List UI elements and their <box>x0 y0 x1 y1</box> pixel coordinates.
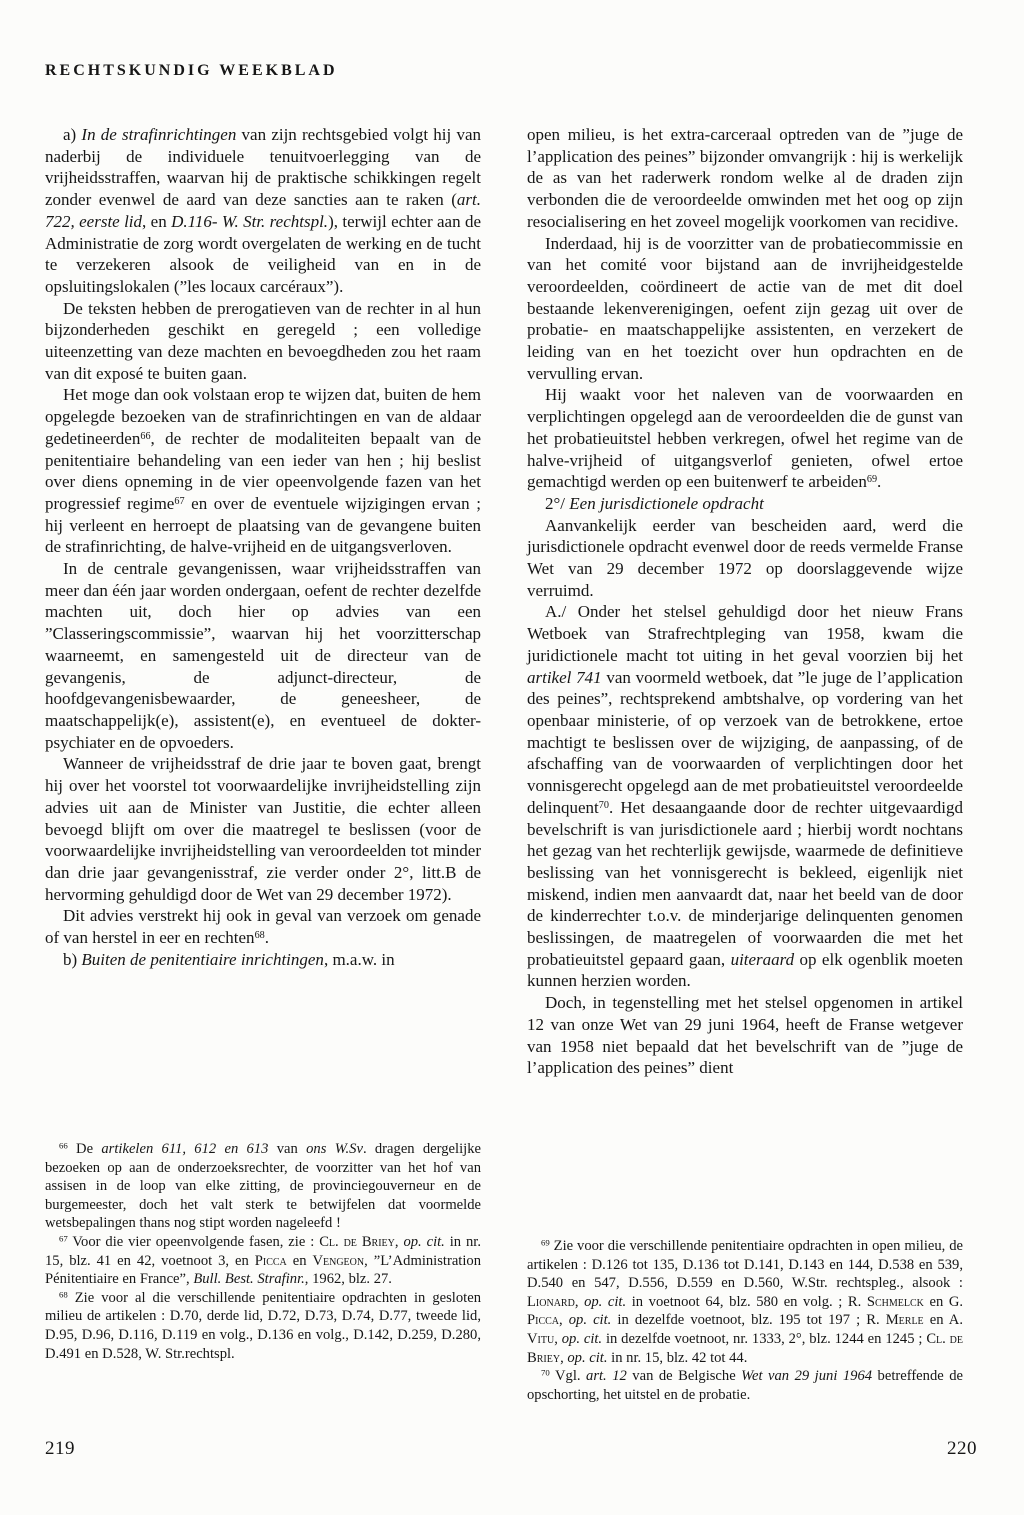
paragraph: Hij waakt voor het naleven van de voorwa… <box>527 384 963 493</box>
footnote: 70 Vgl. art. 12 van de Belgische Wet van… <box>527 1367 963 1404</box>
right-column: open milieu, is het extra-carceraal optr… <box>527 124 963 1079</box>
right-footnotes: 69 Zie voor die verschillende penitentia… <box>527 1237 963 1404</box>
paragraph: 2°/ Een jurisdictionele opdracht <box>527 493 963 515</box>
paragraph: Inderdaad, hij is de voorzitter van de p… <box>527 233 963 385</box>
paragraph: Wanneer de vrijheidsstraf de drie jaar t… <box>45 753 481 905</box>
paragraph: Doch, in tegenstelling met het stelsel o… <box>527 992 963 1079</box>
paragraph: a) In de strafinrichtingen van zijn rech… <box>45 124 481 298</box>
paragraph: In de centrale gevangenissen, waar vrijh… <box>45 558 481 753</box>
footnote: 69 Zie voor die verschillende penitentia… <box>527 1237 963 1367</box>
paragraph: Dit advies verstrekt hij ook in geval va… <box>45 905 481 948</box>
left-column: a) In de strafinrichtingen van zijn rech… <box>45 124 481 970</box>
left-footnotes: 66 De artikelen 611, 612 en 613 van ons … <box>45 1140 481 1363</box>
document-page: RECHTSKUNDIG WEEKBLAD a) In de strafinri… <box>0 0 1024 1515</box>
journal-title: RECHTSKUNDIG WEEKBLAD <box>45 62 338 80</box>
paragraph: open milieu, is het extra-carceraal optr… <box>527 124 963 233</box>
paragraph: b) Buiten de penitentiaire inrichtingen,… <box>45 949 481 971</box>
footnote: 66 De artikelen 611, 612 en 613 van ons … <box>45 1140 481 1233</box>
page-number-left: 219 <box>45 1438 75 1460</box>
footnote: 68 Zie voor al die verschillende peniten… <box>45 1289 481 1363</box>
footnote: 67 Voor die vier opeenvolgende fasen, zi… <box>45 1233 481 1289</box>
paragraph: Het moge dan ook volstaan erop te wijzen… <box>45 384 481 558</box>
paragraph: Aanvankelijk eerder van bescheiden aard,… <box>527 515 963 602</box>
page-number-right: 220 <box>947 1438 977 1460</box>
paragraph: A./ Onder het stelsel gehuldigd door het… <box>527 601 963 992</box>
paragraph: De teksten hebben de prerogatieven van d… <box>45 298 481 385</box>
